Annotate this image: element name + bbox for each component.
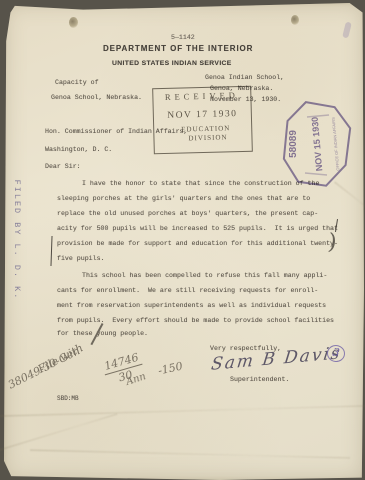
received-stamp-division: DIVISION [164, 133, 251, 143]
filed-by-note: FILED BY L. D. K. [12, 180, 22, 301]
paper-crease [0, 413, 117, 452]
body-line: acity for 500 pupils will be increased t… [57, 224, 338, 233]
salutation: Dear Sir: [45, 162, 81, 171]
octagon-stamp: NOV 15 1930 58089 OFFICE OF INDIAN AFFAI… [277, 97, 357, 192]
from-line-2: Genoa School, Nebraska. [51, 93, 142, 102]
signer-role: Superintendent. [230, 375, 289, 384]
pin-hole-right [291, 15, 299, 25]
body-line: for these young people. [57, 329, 148, 338]
body-line: from pupils. Every effort should be made… [57, 316, 334, 325]
margin-bracket-left [50, 236, 52, 266]
letterhead-department: DEPARTMENT OF THE INTERIOR [103, 44, 253, 53]
addressee-line-2: Washington, D. C. [45, 145, 112, 154]
origin-school: Genoa Indian School, [205, 73, 284, 82]
body-line: This school has been compelled to refuse… [82, 271, 327, 280]
typist-initials: SBD:MB [57, 394, 79, 403]
letter-content: 5—1142 DEPARTMENT OF THE INTERIOR UNITED… [0, 0, 365, 480]
received-stamp-title: RECEIVED [153, 90, 250, 103]
letterhead-service: UNITED STATES INDIAN SERVICE [112, 60, 232, 67]
body-line: provision be made for support and educat… [57, 239, 338, 248]
pencil-suffix: -150 [157, 360, 184, 378]
paper-crease [30, 449, 350, 458]
form-number: 5—1142 [171, 33, 195, 42]
received-stamp: RECEIVED NOV 17 1930 EDUCATION DIVISION [152, 86, 253, 155]
paper-crease [0, 405, 365, 417]
body-line: five pupils. [57, 254, 104, 263]
corner-smudge [342, 22, 352, 39]
pin-hole-left [69, 17, 78, 28]
octagon-stamp-office: OFFICE OF INDIAN AFFAIRS [331, 117, 341, 171]
octagon-stamp-date: NOV 15 1930 [310, 116, 325, 171]
margin-paren-right: ) [327, 230, 338, 256]
body-line: ment from reservation superintendents as… [57, 301, 326, 310]
body-line: sleeping porches at the girls' quarters … [57, 194, 310, 203]
octagon-stamp-number: 58089 [288, 130, 299, 158]
body-line: replace the old unused porches at boys' … [57, 209, 318, 218]
pencil-file-number: 38049-30-Gen [6, 344, 82, 391]
received-stamp-date: NOV 17 1930 [154, 109, 251, 122]
from-line-1: Capacity of [55, 78, 99, 87]
body-line: cants for enrollment. We are still recei… [57, 286, 318, 295]
